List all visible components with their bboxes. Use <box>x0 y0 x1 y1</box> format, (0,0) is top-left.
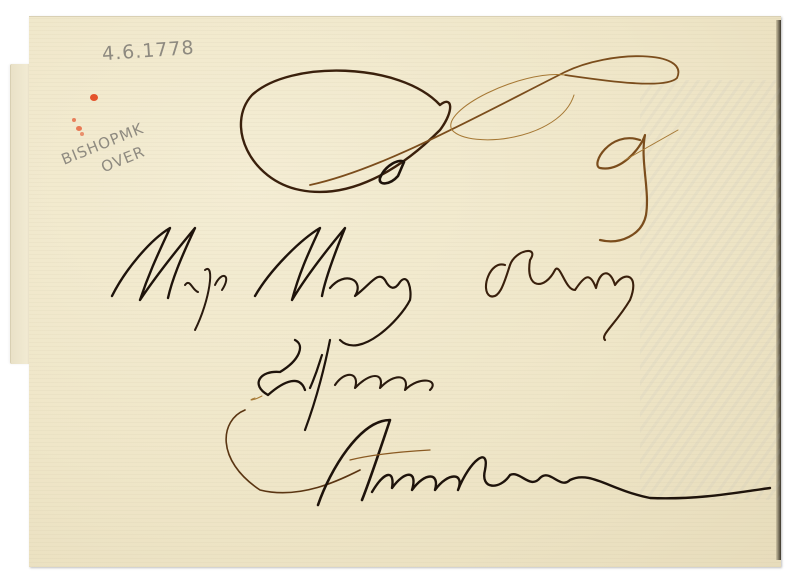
address-line1-script <box>112 228 633 345</box>
handwriting <box>0 0 800 583</box>
rate-mark-9 <box>597 130 678 241</box>
salutation-to-flourish <box>241 56 678 192</box>
address-line2-script <box>251 340 433 430</box>
